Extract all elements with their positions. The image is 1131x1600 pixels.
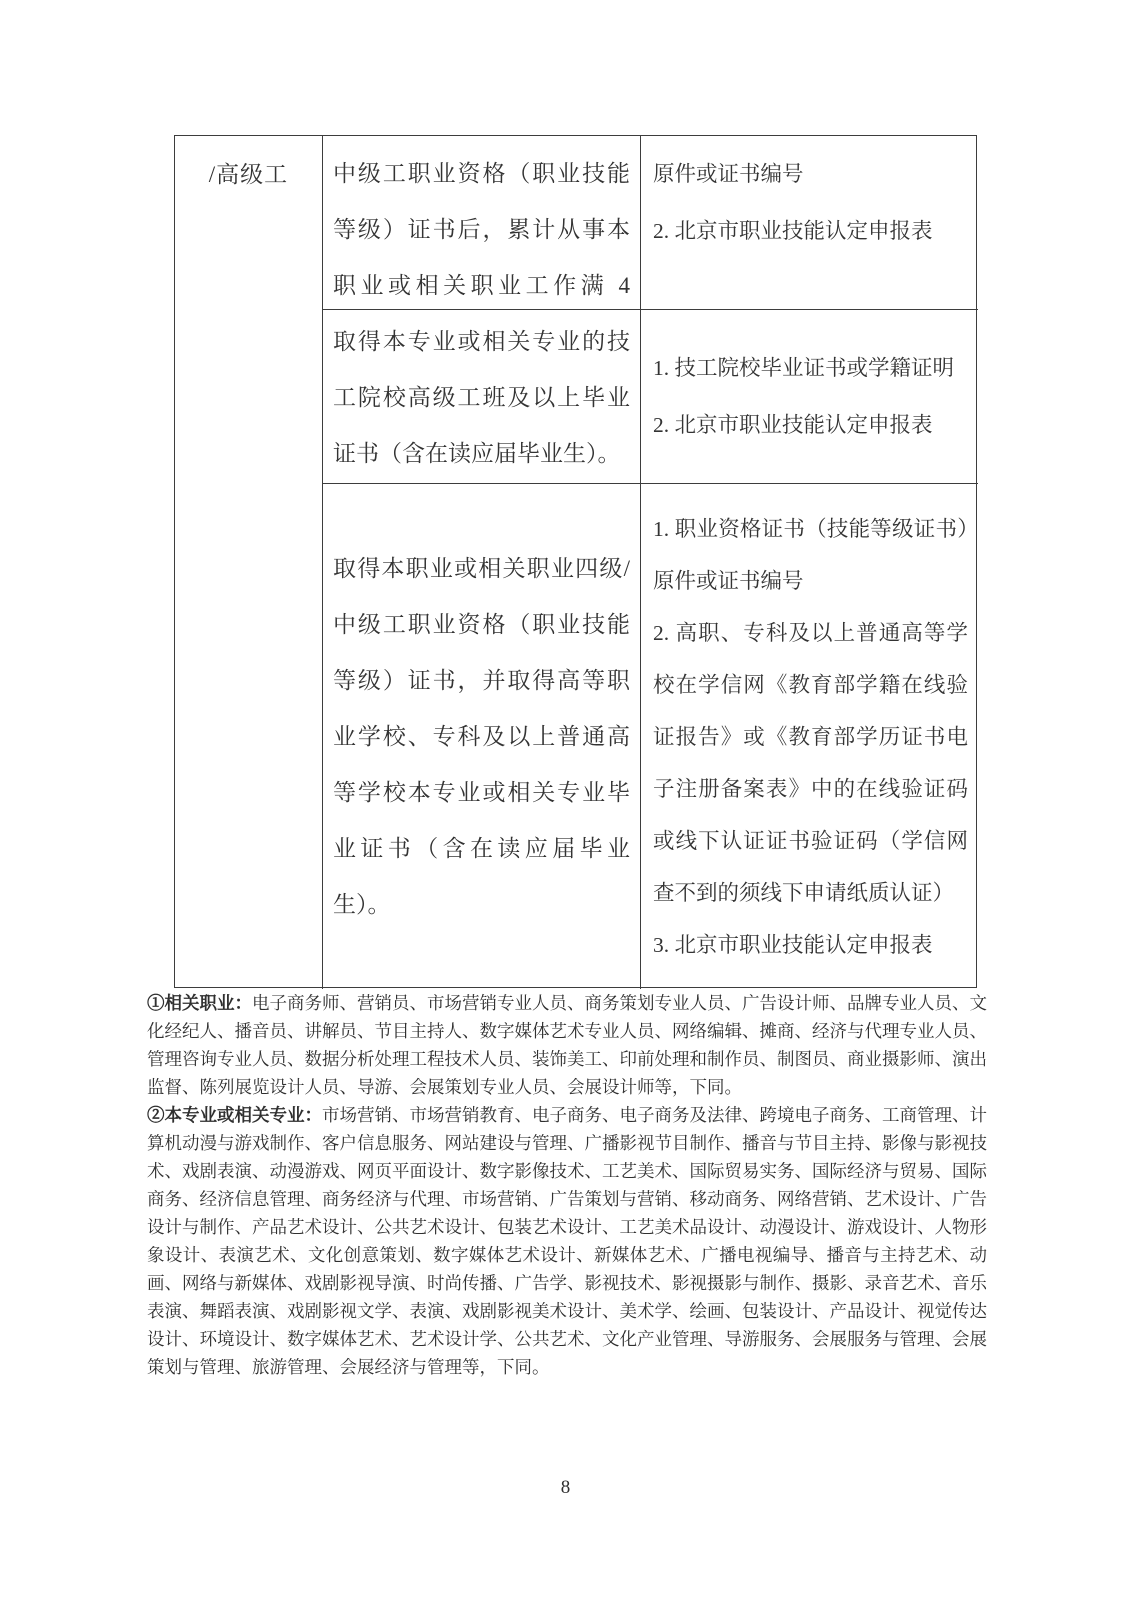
- footnote-text: 电子商务师、营销员、市场营销专业人员、商务策划专业人员、广告设计师、品牌专业人员…: [147, 993, 987, 1097]
- material-item: 原件或证书编号: [653, 146, 968, 203]
- requirement-text: 中级工职业资格（职业技能等级）证书后，累计从事本职业或相关职业工作满 4 年。: [333, 146, 630, 309]
- table-cell-requirement-3: 取得本职业或相关职业四级/中级工职业资格（职业技能等级）证书，并取得高等职业学校…: [322, 483, 640, 989]
- footnotes: ①相关职业：电子商务师、营销员、市场营销专业人员、商务策划专业人员、广告设计师、…: [147, 989, 987, 1381]
- material-item: 1. 技工院校毕业证书或学籍证明: [653, 340, 968, 397]
- material-item: 2. 高职、专科及以上普通高等学校在学信网《教育部学籍在线验证报告》或《教育部学…: [653, 607, 968, 919]
- page-number: 8: [0, 1477, 1131, 1499]
- qualification-requirements-table: /高级工 中级工职业资格（职业技能等级）证书后，累计从事本职业或相关职业工作满 …: [174, 135, 977, 988]
- table-cell-materials-2: 1. 技工院校毕业证书或学籍证明 2. 北京市职业技能认定申报表: [640, 309, 978, 483]
- footnote-label: ①相关职业：: [147, 993, 252, 1013]
- footnote-related-majors: ②本专业或相关专业：市场营销、市场营销教育、电子商务、电子商务及法律、跨境电子商…: [147, 1101, 987, 1381]
- requirement-text: 取得本职业或相关职业四级/中级工职业资格（职业技能等级）证书，并取得高等职业学校…: [333, 541, 630, 933]
- material-item: 2. 北京市职业技能认定申报表: [653, 397, 968, 454]
- requirement-text: 取得本专业或相关专业的技工院校高级工班及以上毕业证书（含在读应届毕业生）。: [333, 314, 630, 482]
- table-cell-requirement-1: 中级工职业资格（职业技能等级）证书后，累计从事本职业或相关职业工作满 4 年。: [322, 136, 640, 309]
- footnote-related-occupations: ①相关职业：电子商务师、营销员、市场营销专业人员、商务策划专业人员、广告设计师、…: [147, 989, 987, 1101]
- material-item: 3. 北京市职业技能认定申报表: [653, 919, 968, 971]
- material-item: 1. 职业资格证书（技能等级证书）原件或证书编号: [653, 503, 968, 607]
- table-cell-requirement-2: 取得本专业或相关专业的技工院校高级工班及以上毕业证书（含在读应届毕业生）。: [322, 309, 640, 483]
- footnote-text: 市场营销、市场营销教育、电子商务、电子商务及法律、跨境电子商务、工商管理、计算机…: [147, 1105, 987, 1377]
- table-cell-level: /高级工: [175, 136, 322, 989]
- document-page: /高级工 中级工职业资格（职业技能等级）证书后，累计从事本职业或相关职业工作满 …: [0, 0, 1131, 1600]
- material-item: 2. 北京市职业技能认定申报表: [653, 203, 968, 260]
- level-label: /高级工: [175, 156, 322, 189]
- footnote-label: ②本专业或相关专业：: [147, 1105, 322, 1125]
- table-cell-materials-1: 原件或证书编号 2. 北京市职业技能认定申报表: [640, 136, 978, 309]
- table-cell-materials-3: 1. 职业资格证书（技能等级证书）原件或证书编号 2. 高职、专科及以上普通高等…: [640, 483, 978, 989]
